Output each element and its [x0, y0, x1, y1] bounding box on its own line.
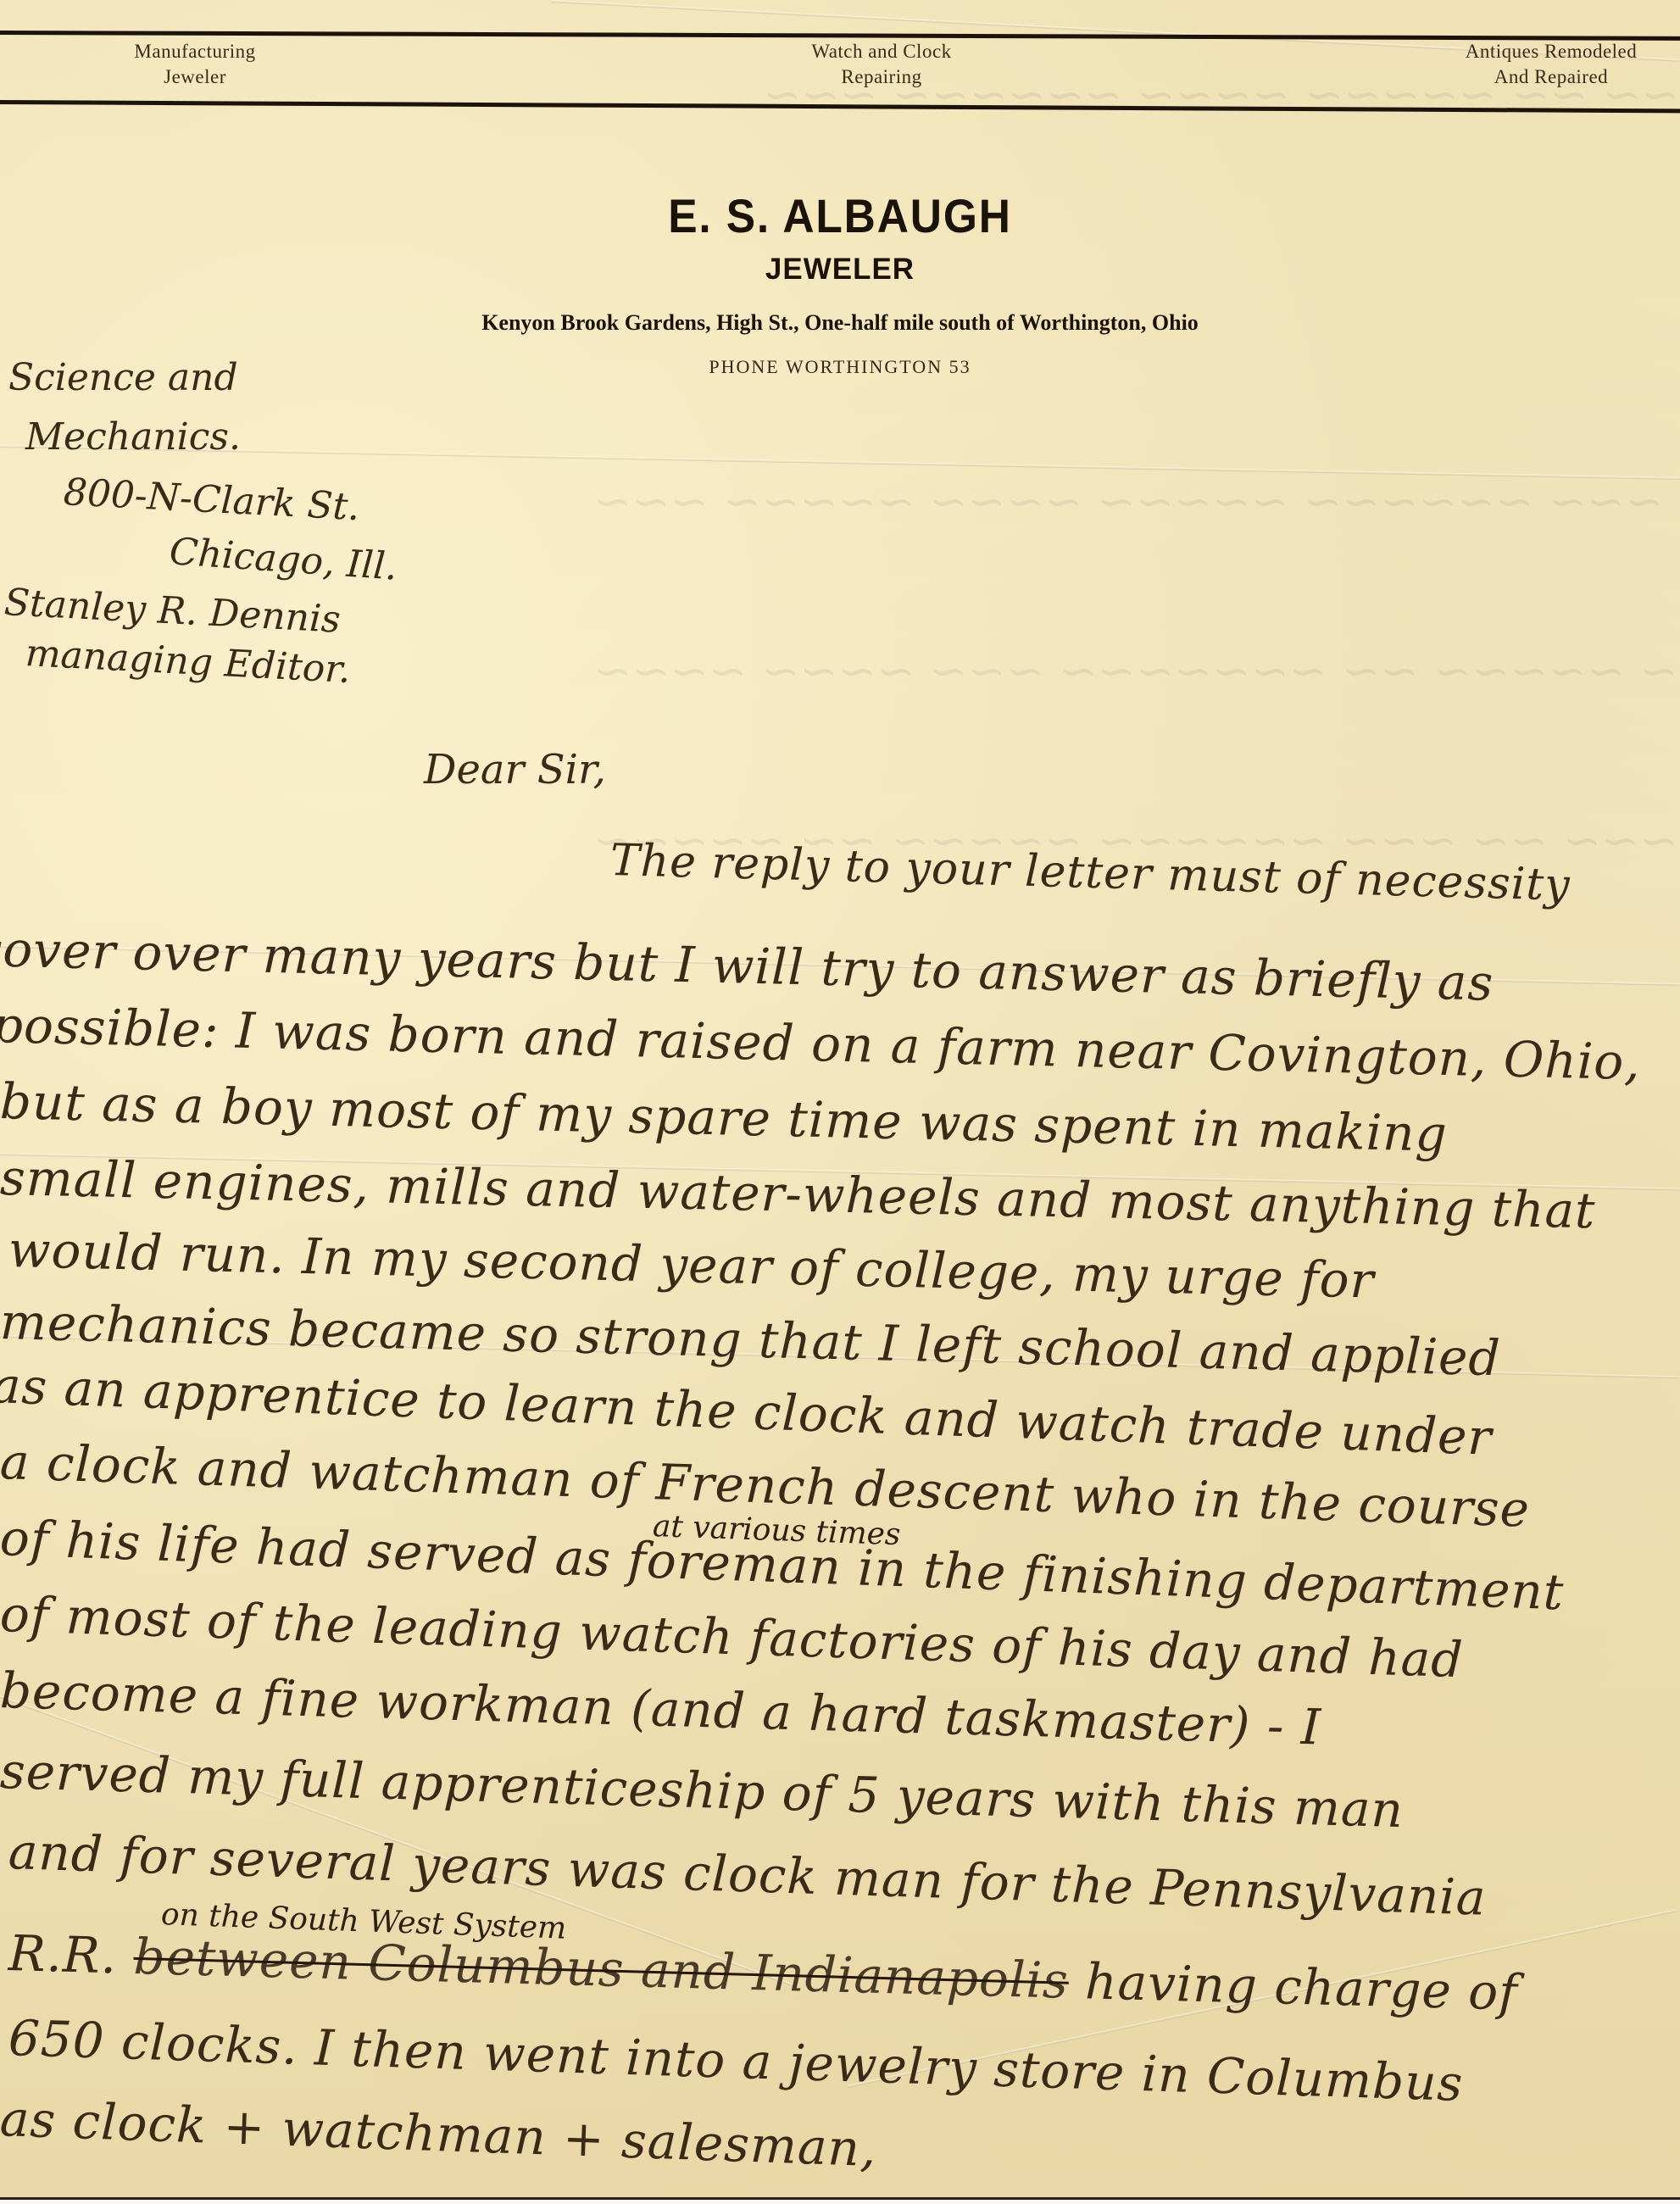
- letterhead-title: JEWELER: [0, 253, 1680, 287]
- letter-page: ~~~ ~~~~ ~~ ~~~~~ ~~~~ ~~~~~~ ~~~ ~~~~ ~…: [0, 0, 1680, 2197]
- body-line: as clock + watchman + salesman,: [0, 2090, 878, 2178]
- body-line-with-strikethrough: R.R. between Columbus and Indianapolis h…: [8, 1924, 1518, 2022]
- band-center-line2: Repairing: [780, 64, 983, 90]
- rr-text: R.R.: [8, 1924, 134, 1985]
- band-right-line2: And Repaired: [1432, 64, 1670, 90]
- letterhead-phone: PHONE WORTHINGTON 53: [0, 356, 1680, 378]
- recipient-line-3: 800-N-Clark St.: [63, 470, 361, 529]
- band-left: Manufacturing Jeweler: [110, 39, 280, 90]
- band-right-line1: Antiques Remodeled: [1432, 39, 1670, 64]
- having-charge-text: having charge of: [1068, 1952, 1519, 2022]
- letterhead-name: E. S. ALBAUGH: [67, 188, 1612, 243]
- salutation: Dear Sir,: [424, 746, 606, 793]
- letterhead-address: Kenyon Brook Gardens, High St., One-half…: [0, 310, 1680, 336]
- body-line: possible: I was born and raised on a far…: [0, 996, 1641, 1091]
- recipient-line-4: Chicago, Ill.: [168, 530, 398, 589]
- recipient-line-6: managing Editor.: [25, 632, 352, 692]
- band-center-line1: Watch and Clock: [780, 39, 983, 64]
- recipient-line-1: Science and: [8, 356, 238, 399]
- body-line: cover over many years but I will try to …: [0, 920, 1494, 1012]
- bleed-through-text: ~~~ ~~~~~ ~~ ~~~~~~~ ~~~ ~~~~ ~~~~: [593, 644, 1680, 698]
- body-line: served my full apprenticeship of 5 years…: [0, 1742, 1405, 1839]
- recipient-line-2: Mechanics.: [25, 415, 241, 459]
- bleed-through-text: ~~~~ ~~~ ~~~~~~ ~~~~~ ~~~~ ~~~~~ ~~~: [593, 475, 1680, 528]
- body-line: but as a boy most of my spare time was s…: [0, 1072, 1448, 1163]
- band-center: Watch and Clock Repairing: [780, 39, 983, 90]
- struck-text: between Columbus and Indianapolis: [133, 1928, 1070, 2010]
- band-right: Antiques Remodeled And Repaired: [1432, 39, 1670, 90]
- page-bottom-edge: [0, 2197, 1680, 2204]
- band-left-line2: Jeweler: [110, 64, 280, 90]
- body-line: would run. In my second year of college,…: [8, 1221, 1375, 1310]
- band-left-line1: Manufacturing: [110, 39, 280, 64]
